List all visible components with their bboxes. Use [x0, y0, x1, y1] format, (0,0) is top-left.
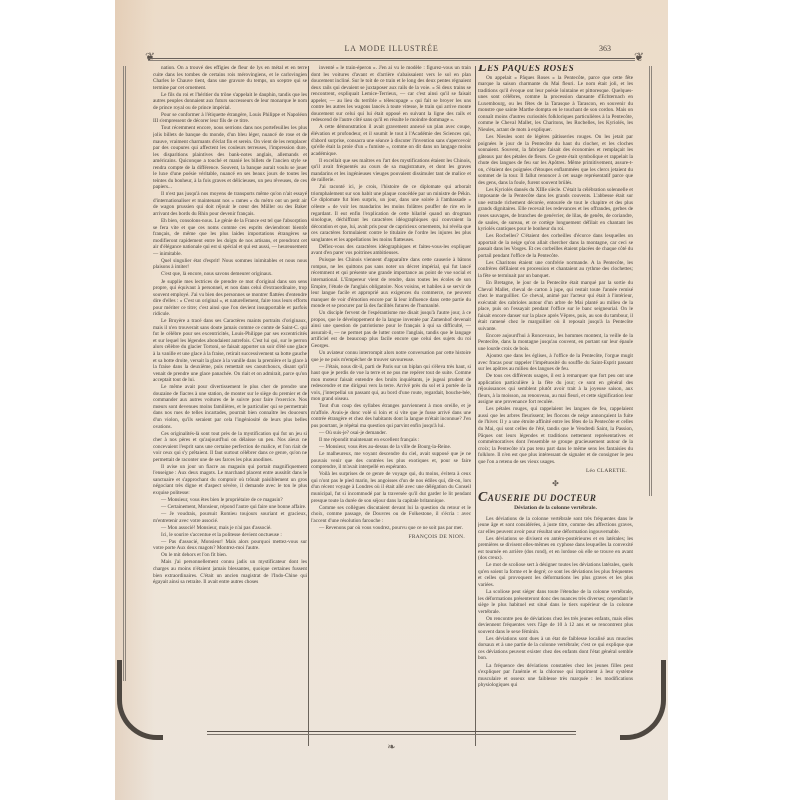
right-border-rule [649, 66, 652, 496]
paragraph: Voilà les surprises de ce genre de voyag… [311, 471, 471, 504]
paragraph: C'est que, là encore, nous savons demeur… [153, 271, 307, 278]
paragraph: — Monsieur, vous êtes bien le propriétai… [153, 497, 307, 504]
paragraph: Pour se conformer à l'étiquette étrangèr… [153, 112, 307, 125]
column-3: LES PÂQUES ROSES On appelait « Pâques Ro… [478, 65, 633, 715]
paragraph: Les Kyriolés dansés du XIIIe siècle. C'é… [478, 187, 633, 233]
paragraph: On appelait « Pâques Roses » la Pentecôt… [478, 75, 633, 134]
paragraph: inventé « le train-éperon ». J'en ai vu … [311, 65, 471, 124]
footer-fleuron-icon: ❧ [387, 742, 395, 753]
paragraph: Le fils du roi et l'héritier du trône s'… [153, 92, 307, 112]
column-2: inventé « le train-éperon ». J'en ai vu … [311, 65, 471, 715]
paragraph: Les déviations de la colonne vertébrale … [478, 516, 633, 536]
paragraph: — Je voudrais, poursuit Romieu toujours … [153, 511, 307, 524]
paragraph: On le mit dehors et l'on fit bien. [153, 552, 307, 559]
paragraph: — Pas d'associé, Monsieur! Mais alors po… [153, 539, 307, 552]
section-subtitle: Déviation de la colonne vertébrale. [478, 505, 633, 512]
paragraph: De tous ces différents usages, il est à … [478, 373, 633, 406]
section-title-causerie: CAUSERIE DU DOCTEUR [478, 495, 633, 502]
header-ornament-right-icon: ❦ [634, 50, 644, 65]
paragraph: Ces originalités-là sont tout près de la… [153, 431, 307, 464]
paragraph: Tout d'un coup des syllabes étranges par… [311, 403, 471, 429]
paragraph: Il n'est pas jusqu'à nos moyens de trans… [153, 191, 307, 217]
paragraph: En Bretagne, le jour de la Pentecôte éta… [478, 280, 633, 332]
paragraph: Défiez-vous des caractères idéographique… [311, 244, 471, 257]
paragraph: Un aviateur connu interrompit alors notr… [311, 350, 471, 363]
paragraph: Les Nieules sont de légères pâtisseries … [478, 134, 633, 186]
paragraph: — Certainement, Monsieur, répond l'autre… [153, 504, 307, 511]
publication-title: LA MODE ILLUSTRÉE [115, 44, 668, 53]
paragraph: — Revenons par où vous voudrez, pourvu q… [311, 525, 471, 532]
paragraph: — Monsieur, vous êtes au-dessus de la vi… [311, 444, 471, 451]
paragraph: Comme ses collègues discutaient devant l… [311, 505, 471, 525]
newspaper-page: ❦ LA MODE ILLUSTRÉE 363 ❦ nation. On a t… [115, 0, 668, 800]
paragraph: Encore aujourd'hui à Roncevaux, les homm… [478, 333, 633, 353]
paragraph: — J'étais, nous dit-il, parti de Paris s… [311, 364, 471, 403]
paragraph: A cette démonstration il avait gravement… [311, 124, 471, 157]
paragraph: Les déviations sont dues à un état de fa… [478, 636, 633, 662]
paragraph: La fréquence des déviations constatées c… [478, 663, 633, 689]
paragraph: Mais j'ai personnellement connu jadis un… [153, 559, 307, 585]
column-separator-1 [308, 66, 309, 746]
paragraph: Puisque les Chinois viennent d'apparaîtr… [311, 257, 471, 309]
article-signature: FRANÇOIS DE NION. [311, 534, 465, 541]
paragraph: Le même avait pour divertissement le plu… [153, 384, 307, 430]
page-number: 363 [599, 44, 611, 53]
paragraph: On rencontre peu de déviations chez les … [478, 616, 633, 636]
paragraph: — Mon associé! Monsieur, mais je n'ai pa… [153, 525, 307, 532]
column-1: nation. On a trouvé des effigies de fleu… [153, 65, 307, 715]
paragraph: Un disciple fervent de l'espérantisme me… [311, 310, 471, 349]
paragraph: J'ai raconté ici, je crois, l'histoire d… [311, 184, 471, 243]
fleuron-icon: ✤ [478, 481, 633, 488]
paragraph: Les déviations se divisent en antéro-pos… [478, 536, 633, 562]
left-border-rule [123, 66, 126, 681]
paragraph: nation. On a trouvé des effigies de fleu… [153, 65, 307, 91]
paragraph: Ajoutez que dans les églises, à l'office… [478, 353, 633, 373]
paragraph: Il excellait que ses maîtres en l'art de… [311, 158, 471, 184]
paragraph: Ici, le sourire s'accentue et la polites… [153, 532, 307, 539]
header-rule [148, 58, 635, 61]
paragraph: Tout récemment encore, nous serrions dan… [153, 125, 307, 190]
paragraph: — Où suis-je? osai-je demander. [311, 430, 471, 437]
corner-ornament-bottom-right [620, 660, 666, 740]
paragraph: Les pétales rouges, qui rappelaient les … [478, 406, 633, 465]
paragraph: Le Bruyère a tracé dans ses Caractères m… [153, 318, 307, 383]
section-signature: Léo CLARETIE. [478, 468, 627, 475]
section-title-paques-roses: LES PÂQUES ROSES [478, 65, 633, 72]
paragraph: Le malheureux, me voyant descendre du ci… [311, 451, 471, 471]
column-separator-2 [475, 66, 476, 746]
paragraph: Les Rocbelles? C'étaient des corbeilles … [478, 233, 633, 259]
paragraph: Le mot de scoliose sert à désigner toute… [478, 562, 633, 588]
paragraph: Quel singulier état d'esprit! Nous somme… [153, 258, 307, 271]
corner-ornament-bottom-left [117, 660, 163, 740]
paragraph: Les Charitons étaient une confrérie norm… [478, 260, 633, 280]
paragraph: Il me répondit maintenant en excellent f… [311, 437, 471, 444]
paragraph: Il avise un jour un fiacre au magasin qu… [153, 464, 307, 497]
paragraph: Je supplie mes lectrices de prendre ce m… [153, 279, 307, 318]
paragraph: Eh bien, consolons-nous. Le génie de la … [153, 218, 307, 257]
footer-rule [207, 731, 576, 735]
paragraph: La scoliose peut siéger dans toute l'éte… [478, 589, 633, 615]
